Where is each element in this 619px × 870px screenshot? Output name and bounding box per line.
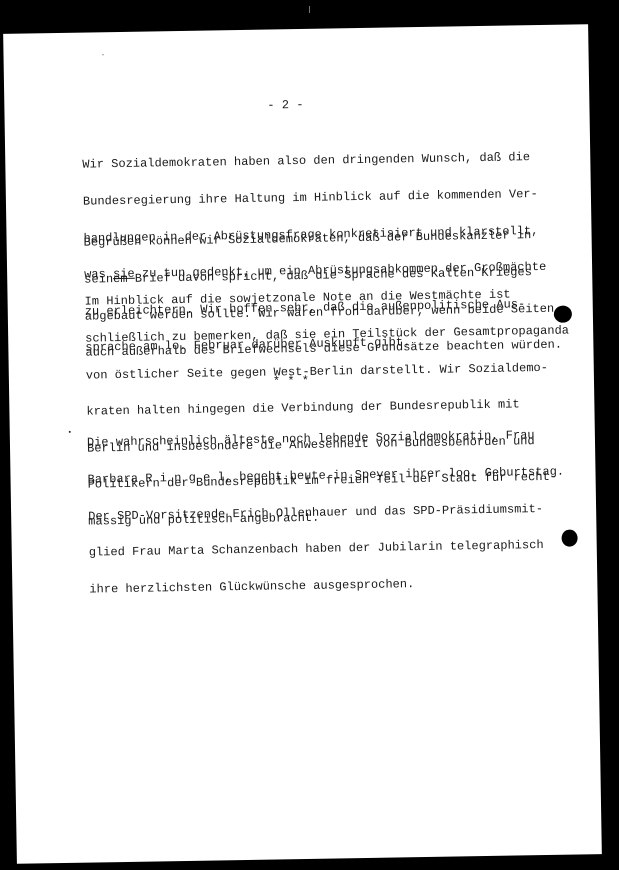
text-line: Die wahrscheinlich älteste noch lebende …: [87, 429, 564, 449]
paragraph-birthday: Die wahrscheinlich älteste noch lebende …: [86, 405, 566, 620]
stray-mark: [69, 431, 71, 433]
section-separator: * * *: [273, 375, 309, 388]
text-line: von östlicher Seite gegen West-Berlin da…: [86, 361, 570, 381]
section-separator: * * *: [275, 476, 311, 489]
speck: [103, 54, 104, 55]
text-line: Im Hinblick auf die sowjetzonale Note an…: [85, 288, 569, 308]
text-line: Begrüßen können wir Sozialdemokraten, da…: [84, 229, 561, 249]
text-line: Barbara R i n g e l, begeht heute in Spe…: [87, 466, 564, 486]
ink-blot: [554, 306, 572, 323]
text-line: Wir Sozialdemokraten haben also den drin…: [82, 151, 544, 171]
text-line: glied Frau Marta Schanzenbach haben der …: [89, 539, 566, 559]
document-page: - 2 - Wir Sozialdemokraten haben also de…: [3, 24, 602, 864]
punch-hole: [561, 529, 577, 546]
text-line: ihre herzlichsten Glückwünsche ausgespro…: [89, 575, 566, 595]
page-number: - 2 -: [267, 99, 303, 112]
text-line: Bundesregierung ihre Haltung im Hinblick…: [83, 188, 545, 208]
scan-artifact: [309, 6, 310, 13]
text-line: Der SPD-Vorsitzende Erich Ollenhauer und…: [88, 502, 565, 522]
text-line: schließlich zu bemerken, daß sie ein Tei…: [85, 325, 569, 345]
